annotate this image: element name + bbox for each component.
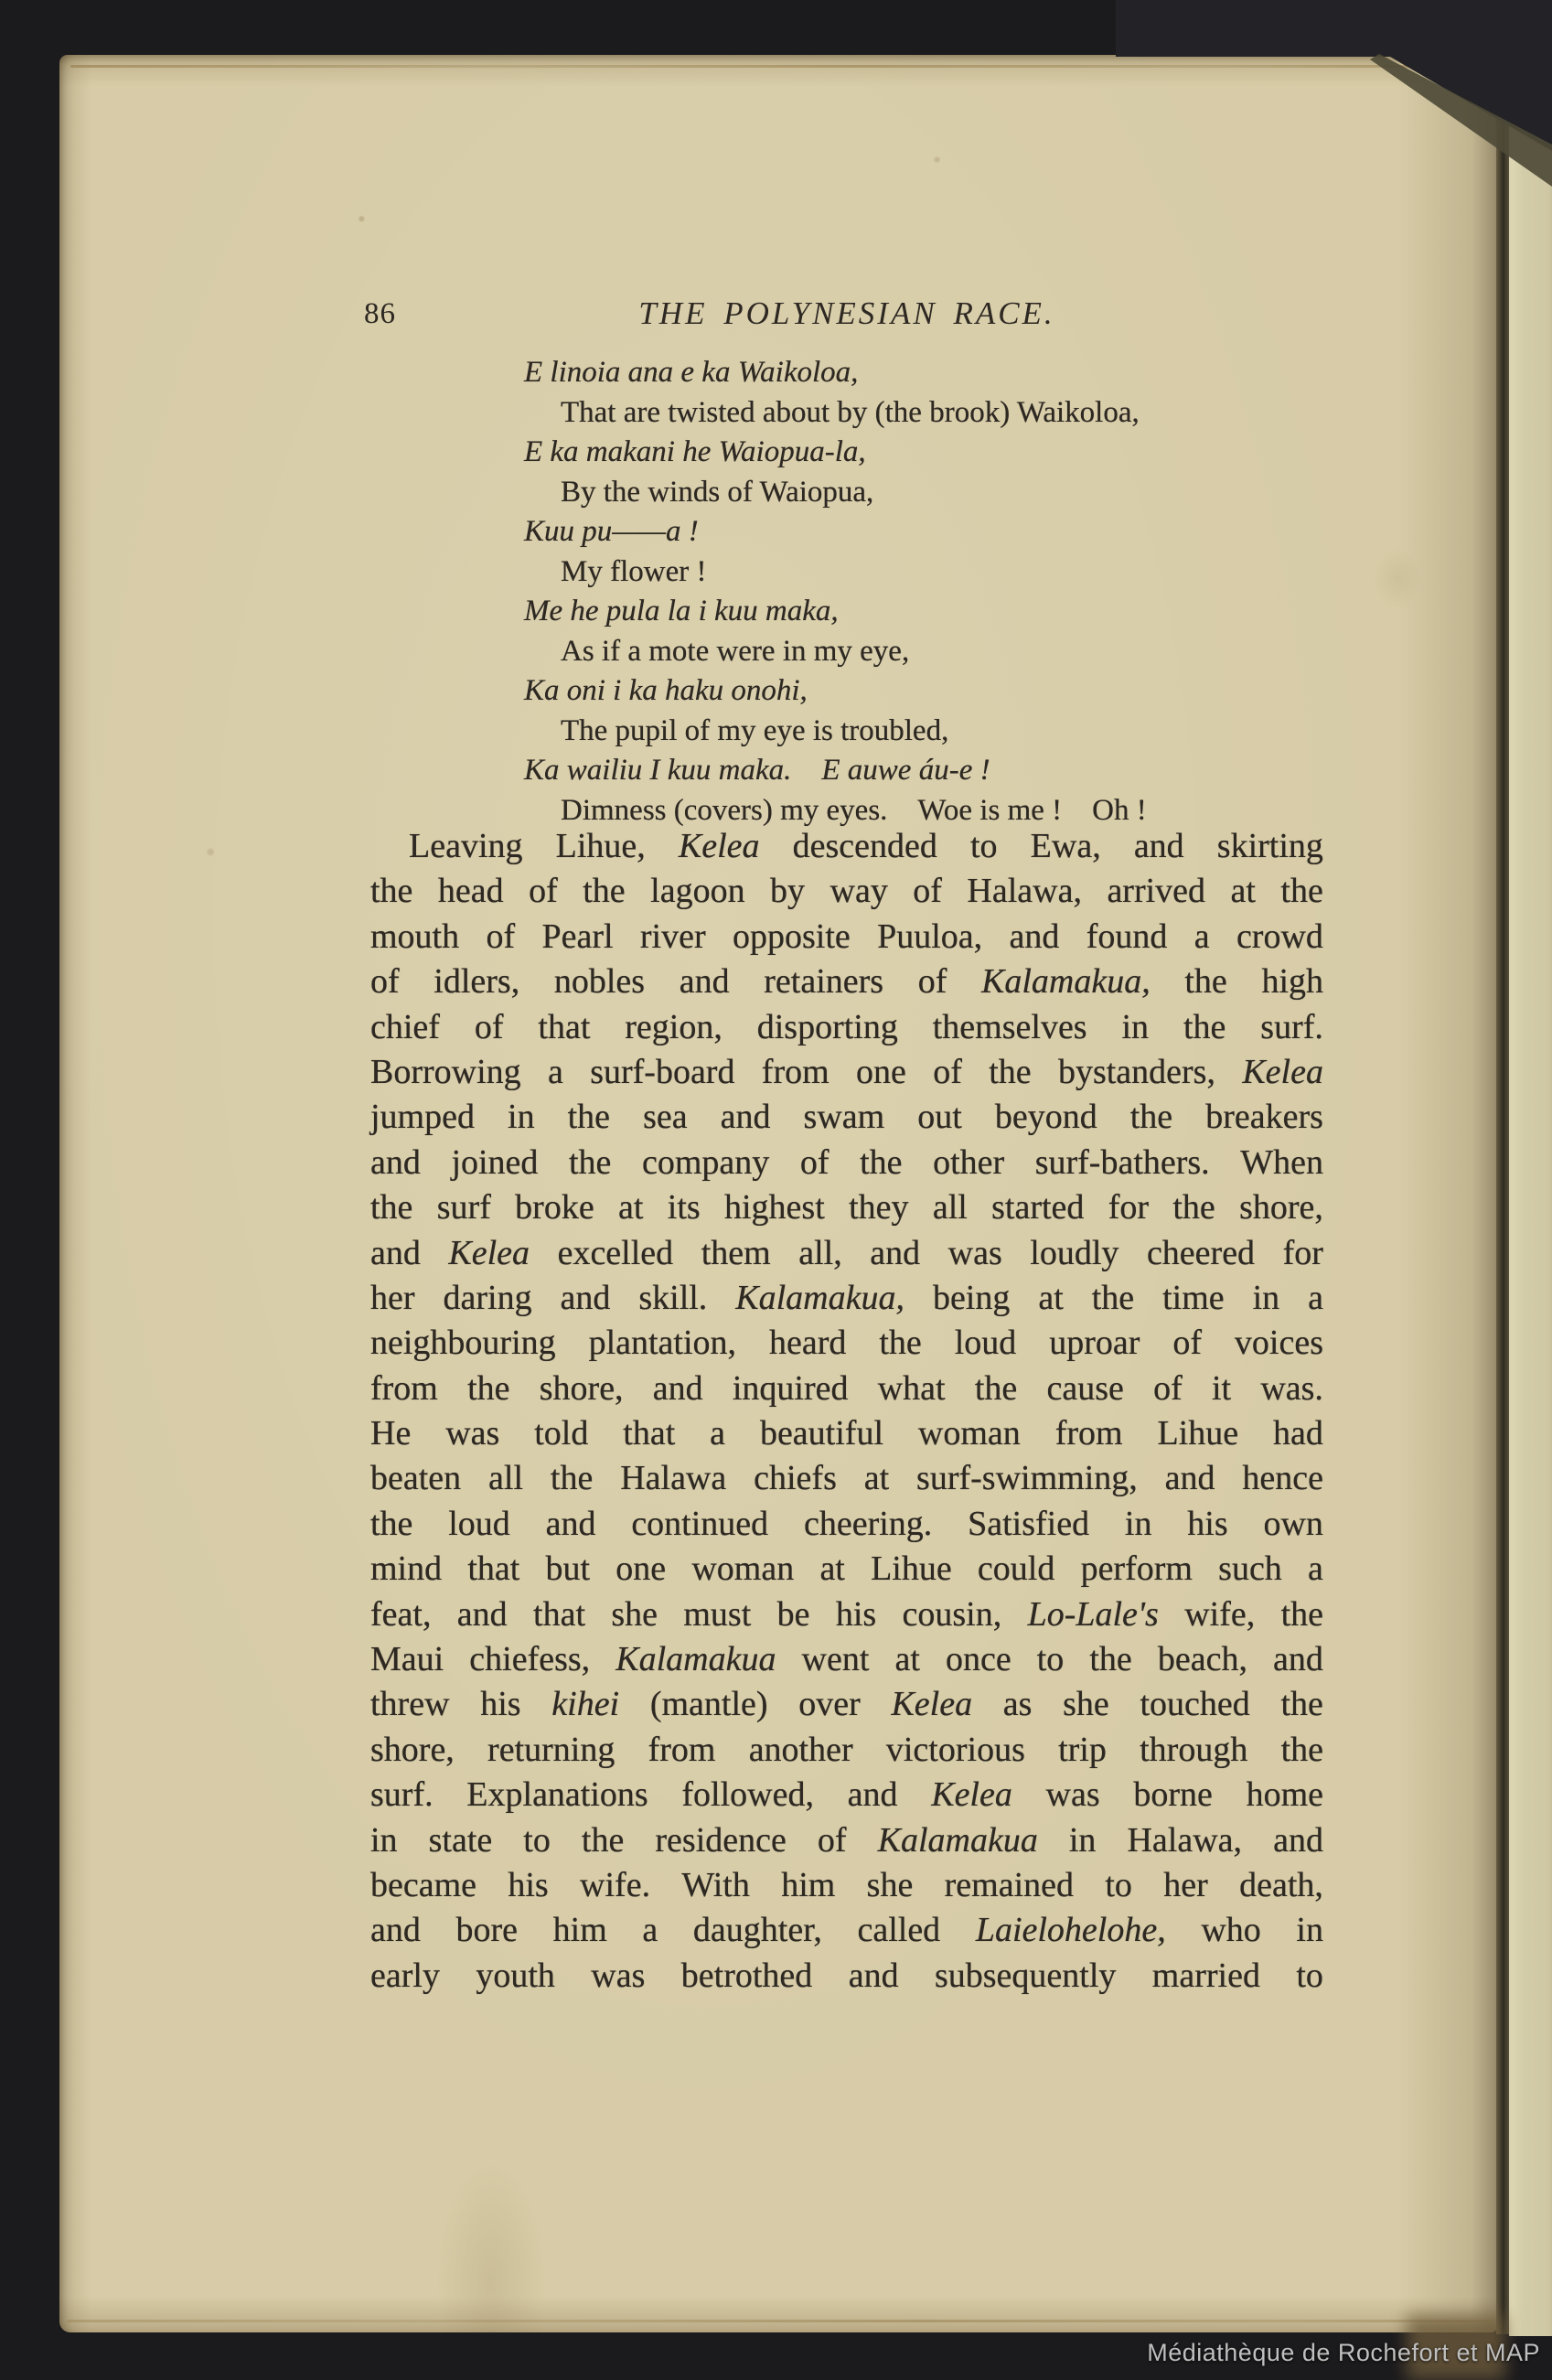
word: its (668, 1187, 701, 1228)
word: the (583, 871, 625, 911)
word: and (1273, 1639, 1323, 1679)
paragraph-line: surf.Explanationsfollowed,andKeleawasbor… (370, 1774, 1323, 1819)
word: wife, (1184, 1594, 1255, 1635)
word: loud (955, 1323, 1017, 1363)
paragraph-line: LeavingLihue,KeleadescendedtoEwa,andskir… (370, 826, 1323, 871)
word: to (1296, 1956, 1323, 1996)
word: home (1247, 1774, 1323, 1815)
word: disporting (757, 1007, 898, 1047)
word: remained (945, 1865, 1074, 1905)
word: death, (1239, 1865, 1323, 1905)
paragraph-line: feat,andthatshemustbehiscousin,Lo-Lale's… (370, 1594, 1323, 1639)
word-italic: kihei (551, 1684, 619, 1724)
word: cause (1046, 1368, 1123, 1409)
word: Lihue, (556, 826, 646, 866)
word: betrothed (681, 1956, 813, 1996)
word: beaten (370, 1458, 461, 1498)
paragraph-line: theloudandcontinuedcheering.Satisfiedinh… (370, 1504, 1323, 1549)
paragraph-line: neighbouringplantation,heardthelouduproa… (370, 1323, 1323, 1367)
word: his (508, 1865, 548, 1905)
word: of (818, 1820, 847, 1860)
word-italic: Kelea (1242, 1052, 1323, 1092)
word: as (1003, 1684, 1033, 1724)
paragraph-line: mouthofPearlriveroppositePuuloa,andfound… (370, 917, 1323, 961)
word: out (917, 1097, 962, 1137)
word: and (680, 961, 730, 1002)
word: what (878, 1368, 946, 1409)
word: breakers (1205, 1097, 1323, 1137)
word: and (870, 1233, 920, 1273)
poem-line-hawaiian: Ka oni i ka haku onohi, (524, 671, 1498, 712)
word: subsequently (935, 1956, 1116, 1996)
word: to (523, 1820, 551, 1860)
word: Leaving (409, 826, 523, 866)
word-italic: Lo-Lale's (1028, 1594, 1159, 1635)
word: the (568, 1097, 610, 1137)
word: bystanders, (1058, 1052, 1215, 1092)
word: and (1134, 826, 1184, 866)
word-italic: Laielohelohe, (976, 1910, 1166, 1950)
word: of (913, 871, 942, 911)
poem-block: E linoia ana e ka Waikoloa,That are twis… (59, 353, 1498, 831)
word: cousin, (903, 1594, 1002, 1635)
paragraph-line: becamehiswife.Withhimsheremainedtoherdea… (370, 1865, 1323, 1910)
word: his (1187, 1504, 1227, 1544)
word: in (1069, 1820, 1097, 1860)
word: the (975, 1368, 1017, 1409)
word: such (1218, 1549, 1282, 1589)
word: by (770, 871, 805, 911)
word: at (819, 1549, 844, 1589)
paragraph-line: shore,returningfromanothervictorioustrip… (370, 1730, 1323, 1774)
word: the (1281, 1594, 1323, 1635)
word: in (1253, 1278, 1280, 1318)
word: to (1105, 1865, 1132, 1905)
word: Pearl (541, 917, 613, 957)
word-italic: Kelea (931, 1774, 1012, 1815)
word: in (1122, 1007, 1150, 1047)
word: residence (655, 1820, 786, 1860)
word: broke (515, 1187, 594, 1228)
word: and (546, 1504, 596, 1544)
word: mouth (370, 917, 459, 957)
word: cheering. (804, 1504, 932, 1544)
word: a (548, 1052, 563, 1092)
word: wife. (580, 1865, 650, 1905)
word: at (618, 1187, 643, 1228)
word: to (970, 826, 998, 866)
word: his (836, 1594, 876, 1635)
word: hence (1242, 1458, 1323, 1498)
word: who (1201, 1910, 1260, 1950)
word: at (864, 1458, 889, 1498)
paragraph-line: andKeleaexcelledthemall,andwasloudlychee… (370, 1233, 1323, 1278)
word: state (429, 1820, 493, 1860)
poem-line-hawaiian: E ka makani he Waiopua-la, (524, 433, 1498, 473)
word: surf (437, 1187, 491, 1228)
word: one (615, 1549, 666, 1589)
paragraph-line: threwhiskihei(mantle)overKeleaasshetouch… (370, 1684, 1323, 1729)
word: Lihue (1157, 1413, 1238, 1453)
word: that (623, 1413, 675, 1453)
word: the (551, 1458, 593, 1498)
word: loud (448, 1504, 510, 1544)
word: He (370, 1413, 411, 1453)
word: at (1231, 871, 1256, 911)
word: the (1184, 961, 1226, 1002)
word: excelled (558, 1233, 674, 1273)
word: the (860, 1142, 902, 1183)
word: the (1281, 1730, 1323, 1770)
word: retainers (764, 961, 883, 1002)
word: uproar (1049, 1323, 1140, 1363)
poem-line-hawaiian: Kuu pu——a ! (524, 512, 1498, 552)
word: shore, (540, 1368, 624, 1409)
word: head (438, 871, 504, 911)
word: neighbouring (370, 1323, 556, 1363)
word: could (978, 1549, 1054, 1589)
word: themselves (933, 1007, 1087, 1047)
poem-line-english: The pupil of my eye is troubled, (561, 712, 1498, 752)
paragraph-line: theheadofthelagoonbywayofHalawa,arriveda… (370, 871, 1323, 916)
word: of (1153, 1368, 1183, 1409)
word: a (1308, 1278, 1323, 1318)
word: feat, (370, 1594, 431, 1635)
word: chiefess, (469, 1639, 590, 1679)
word: of (800, 1142, 830, 1183)
word: must (683, 1594, 751, 1635)
word: a (1308, 1549, 1323, 1589)
word: continued (631, 1504, 768, 1544)
deckle-edge-bottom (67, 2320, 1493, 2322)
word: was (591, 1956, 645, 1996)
word-italic: Kalamakua (615, 1639, 776, 1679)
paragraph-line: earlyyouthwasbetrothedandsubsequentlymar… (370, 1956, 1323, 2000)
word: in (370, 1820, 398, 1860)
word: plantation, (589, 1323, 736, 1363)
word: the (370, 871, 412, 911)
paragraph-line: andjoinedthecompanyoftheothersurf-bather… (370, 1142, 1323, 1187)
word: borne (1133, 1774, 1213, 1815)
word: the (879, 1323, 921, 1363)
paragraph-line: Mauichiefess,Kalamakuawentatoncetothebea… (370, 1639, 1323, 1684)
paragraph-line: andborehimadaughter,calledLaielohelohe,w… (370, 1910, 1323, 1955)
word: surf. (370, 1774, 433, 1815)
word: opposite (733, 917, 851, 957)
scan-background: 86 THE POLYNESIAN RACE. E linoia ana e k… (0, 0, 1552, 2380)
word: found (1086, 917, 1168, 957)
paragraph-line: Borrowingasurf-boardfromoneofthebystande… (370, 1052, 1323, 1097)
paragraph-line: fromtheshore,andinquiredwhatthecauseofit… (370, 1368, 1323, 1413)
word: his (480, 1684, 520, 1724)
word: a (1194, 917, 1210, 957)
word: of (370, 961, 400, 1002)
paragraph-line: herdaringandskill.Kalamakua,beingattheti… (370, 1278, 1323, 1323)
paragraph-line: beatenalltheHalawachiefsatsurf-swimming,… (370, 1458, 1323, 1503)
paragraph-line: mindthatbutonewomanatLihuecouldperformsu… (370, 1549, 1323, 1593)
poem-line-english: By the winds of Waiopua, (561, 473, 1498, 513)
word: of (1172, 1323, 1202, 1363)
paragraph-line: ofidlers,noblesandretainersofKalamakua,t… (370, 961, 1323, 1006)
word: it (1212, 1368, 1231, 1409)
word: the (1280, 871, 1322, 911)
word: daring (443, 1278, 531, 1318)
word: sea (643, 1097, 688, 1137)
word: the (1089, 1639, 1131, 1679)
word: Puuloa, (877, 917, 982, 957)
poem-line-english: That are twisted about by (the brook) Wa… (561, 393, 1498, 434)
word: that (467, 1549, 519, 1589)
word: was. (1260, 1368, 1323, 1409)
word: Borrowing (370, 1052, 521, 1092)
word: of (918, 961, 947, 1002)
word: touched (1140, 1684, 1249, 1724)
word: and (370, 1142, 421, 1183)
paragraph-line: instatetotheresidenceofKalamakuainHalawa… (370, 1820, 1323, 1865)
word: nobles (554, 961, 645, 1002)
word: beautiful (760, 1413, 883, 1453)
word: followed, (681, 1774, 814, 1815)
word: for (1283, 1233, 1323, 1273)
word: him (781, 1865, 835, 1905)
word: Halawa, (967, 871, 1082, 911)
word: the (1092, 1278, 1134, 1318)
word: surf. (1260, 1007, 1323, 1047)
word: own (1263, 1504, 1322, 1544)
word: was (1046, 1774, 1100, 1815)
word: shore, (370, 1730, 455, 1770)
word: victorious (886, 1730, 1025, 1770)
poem-line-english: As if a mote were in my eye, (561, 632, 1498, 672)
word: high (1261, 961, 1323, 1002)
word: of (529, 871, 558, 911)
word: trip (1058, 1730, 1107, 1770)
word: be (777, 1594, 810, 1635)
word: (mantle) (650, 1684, 768, 1724)
word: beyond (995, 1097, 1097, 1137)
word: in (1296, 1910, 1323, 1950)
word: they (849, 1187, 908, 1228)
word: through (1140, 1730, 1247, 1770)
word: and (721, 1097, 771, 1137)
word: woman (918, 1413, 1021, 1453)
word: cheered (1147, 1233, 1255, 1273)
word: all, (798, 1233, 841, 1273)
word: her (370, 1278, 415, 1318)
word: and (1010, 917, 1060, 957)
word: swam (804, 1097, 885, 1137)
word: idlers, (433, 961, 519, 1002)
word: once (946, 1639, 1011, 1679)
word: all (488, 1458, 523, 1498)
poem-line-english: Dimness (covers) my eyes. Woe is me ! Oh… (561, 791, 1498, 831)
word: the (467, 1368, 509, 1409)
word: voices (1235, 1323, 1323, 1363)
paragraph-line: jumpedintheseaandswamoutbeyondthebreaker… (370, 1097, 1323, 1142)
word: and (849, 1956, 899, 1996)
word: surf-board (590, 1052, 734, 1092)
watermark: Médiathèque de Rochefort et MAP (1147, 2339, 1540, 2367)
poem-line-hawaiian: Ka wailiu I kuu maka. E auwe áu-e ! (524, 751, 1498, 791)
word: and (1165, 1458, 1215, 1498)
word: the (1183, 1007, 1226, 1047)
word: Satisfied (968, 1504, 1089, 1544)
word: skirting (1217, 826, 1323, 866)
word: mind (370, 1549, 442, 1589)
next-page-edge (1509, 70, 1552, 2336)
word: him (553, 1910, 607, 1950)
word: from (370, 1368, 438, 1409)
word: company (642, 1142, 769, 1183)
poem-line-hawaiian: E linoia ana e ka Waikoloa, (524, 353, 1498, 393)
word: perform (1081, 1549, 1193, 1589)
word: she (1063, 1684, 1109, 1724)
word: a (710, 1413, 725, 1453)
cover-corner-wedge (1116, 0, 1552, 201)
word-italic: Kelea (448, 1233, 530, 1273)
word: of (486, 917, 515, 957)
word: lagoon (650, 871, 744, 911)
word: woman (691, 1549, 794, 1589)
word: the (569, 1142, 611, 1183)
word: the (370, 1187, 412, 1228)
body-paragraph: LeavingLihue,KeleadescendedtoEwa,andskir… (370, 826, 1323, 2000)
word: Explanations (466, 1774, 648, 1815)
word: in (508, 1097, 535, 1137)
word: Halawa, (1127, 1820, 1242, 1860)
word: at (894, 1639, 919, 1679)
page-crease (1496, 59, 1509, 2334)
word: one (856, 1052, 906, 1092)
word: surf-bathers. (1035, 1142, 1210, 1183)
word: descended (793, 826, 937, 866)
word: started (991, 1187, 1084, 1228)
word: crowd (1236, 917, 1323, 957)
word: the (582, 1820, 624, 1860)
word: surf-swimming, (916, 1458, 1138, 1498)
word: to (1037, 1639, 1065, 1679)
word: Lihue (871, 1549, 952, 1589)
word: of (933, 1052, 962, 1092)
word: and (1273, 1820, 1323, 1860)
word: and (653, 1368, 703, 1409)
word: beach, (1158, 1639, 1247, 1679)
word: called (857, 1910, 940, 1950)
word: she (611, 1594, 658, 1635)
word: time (1162, 1278, 1225, 1318)
word: loudly (1030, 1233, 1119, 1273)
word: in (1125, 1504, 1152, 1544)
word: them (701, 1233, 771, 1273)
word: the (370, 1504, 412, 1544)
word: With (681, 1865, 749, 1905)
word: from (762, 1052, 830, 1092)
running-header: THE POLYNESIAN RACE. (370, 296, 1323, 330)
word-italic: Kelea (679, 826, 760, 866)
word-italic: Kalamakua, (735, 1278, 904, 1318)
word: had (1273, 1413, 1323, 1453)
word: chief (370, 1007, 440, 1047)
word: that (538, 1007, 590, 1047)
word: was (445, 1413, 499, 1453)
word: and (370, 1233, 421, 1273)
word: but (546, 1549, 591, 1589)
word: for (1108, 1187, 1149, 1228)
paragraph-line: HewastoldthatabeautifulwomanfromLihuehad (370, 1413, 1323, 1458)
word: and (848, 1774, 898, 1815)
word: told (534, 1413, 588, 1453)
word: jumped (370, 1097, 475, 1137)
word: threw (370, 1684, 450, 1724)
word: from (1055, 1413, 1123, 1453)
word: returning (487, 1730, 615, 1770)
poem-line-hawaiian: Me he pula la i kuu maka, (524, 592, 1498, 632)
word: early (370, 1956, 440, 1996)
word: the (1130, 1097, 1172, 1137)
word: and (370, 1910, 421, 1950)
word: heard (769, 1323, 846, 1363)
word: region, (625, 1007, 722, 1047)
word: Maui (370, 1639, 444, 1679)
word: and (457, 1594, 508, 1635)
word: highest (724, 1187, 825, 1228)
word: all (933, 1187, 968, 1228)
word: her (1163, 1865, 1208, 1905)
word: other (933, 1142, 1004, 1183)
word: was (948, 1233, 1002, 1273)
word: youth (476, 1956, 555, 1996)
word: way (830, 871, 888, 911)
word-italic: Kalamakua, (981, 961, 1151, 1002)
word: skill. (638, 1278, 707, 1318)
word: Halawa (620, 1458, 726, 1498)
paragraph-line: thesurfbrokeatitshighesttheyallstartedfo… (370, 1187, 1323, 1232)
word: the (1280, 1684, 1322, 1724)
word: married (1152, 1956, 1260, 1996)
word: chiefs (754, 1458, 837, 1498)
word: of (475, 1007, 504, 1047)
word: she (867, 1865, 914, 1905)
word: went (802, 1639, 870, 1679)
word: at (1038, 1278, 1063, 1318)
word: a (642, 1910, 658, 1950)
word: being (933, 1278, 1010, 1318)
word: shore, (1239, 1187, 1323, 1228)
word: inquired (733, 1368, 849, 1409)
book-page: 86 THE POLYNESIAN RACE. E linoia ana e k… (59, 55, 1498, 2332)
word: and (561, 1278, 611, 1318)
word: arrived (1107, 871, 1205, 911)
word: Ewa, (1031, 826, 1101, 866)
word: that (533, 1594, 585, 1635)
word-italic: Kalamakua (878, 1820, 1038, 1860)
poem-line-english: My flower ! (561, 552, 1498, 593)
word: river (640, 917, 706, 957)
word: daughter, (693, 1910, 822, 1950)
word: bore (456, 1910, 519, 1950)
word: became (370, 1865, 476, 1905)
paragraph-line: chiefofthatregion,disportingthemselvesin… (370, 1007, 1323, 1052)
word: another (749, 1730, 853, 1770)
word: the (989, 1052, 1031, 1092)
word: over (798, 1684, 861, 1724)
word: When (1240, 1142, 1323, 1183)
word-italic: Kelea (891, 1684, 972, 1724)
word: joined (451, 1142, 538, 1183)
word: from (648, 1730, 716, 1770)
word: the (1172, 1187, 1215, 1228)
